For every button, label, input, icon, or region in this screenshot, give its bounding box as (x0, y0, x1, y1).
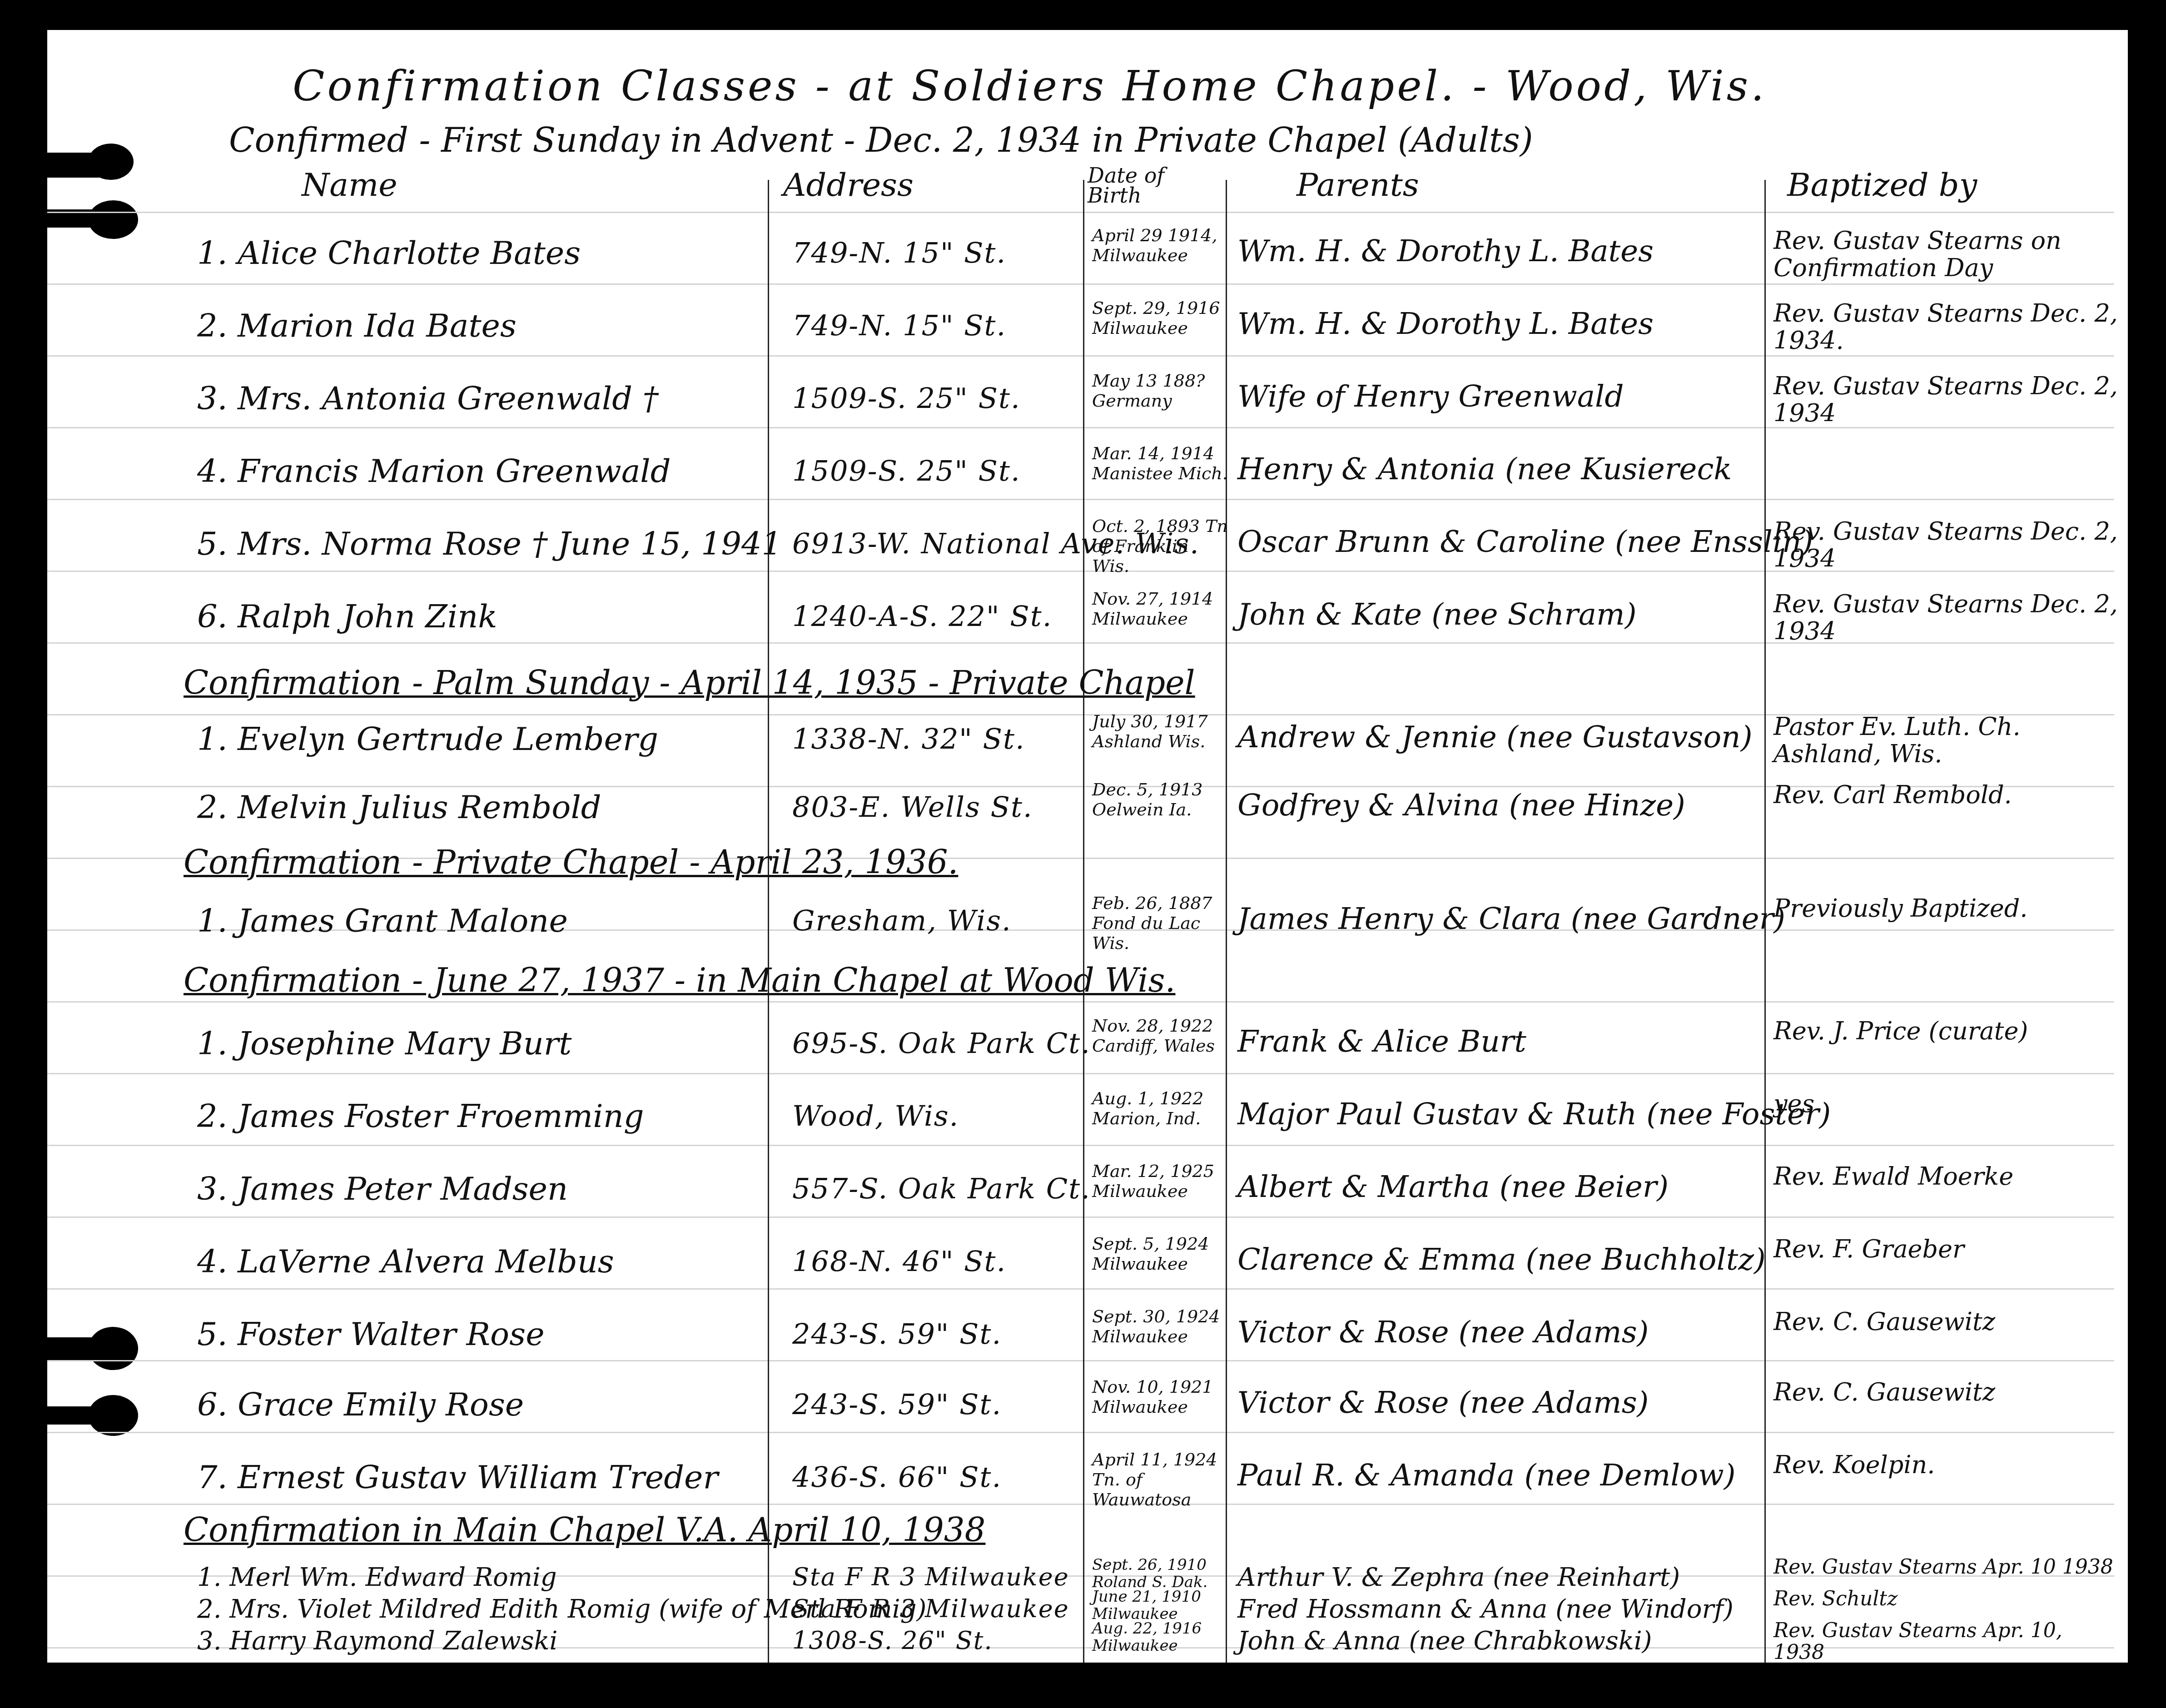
entry-baptized-by: Rev. C. Gausewitz (1774, 1308, 2119, 1336)
column-header-parents: Parents (1297, 166, 1419, 204)
entry-date-of-birth: Aug. 22, 1916 Milwaukee (1092, 1620, 1228, 1654)
column-header-date-of-birth: Date of Birth (1088, 165, 1201, 205)
column-header-name: Name (302, 166, 397, 204)
entry-number: 4. (197, 452, 238, 490)
entry-number: 7. (197, 1459, 238, 1496)
entry-name: 6. Ralph John Zink (197, 598, 497, 635)
entry-address: 557-S. Oak Park Ct. (792, 1172, 1091, 1205)
register-row: 3. Mrs. Antonia Greenwald †1509-S. 25" S… (47, 366, 2128, 434)
entry-parents: Oscar Brunn & Caroline (nee Ensslin) (1237, 524, 1813, 559)
entry-number: 4. (197, 1243, 238, 1280)
entry-name-text: Josephine Mary Burt (238, 1025, 571, 1062)
entry-date-of-birth: Nov. 28, 1922 Cardiff, Wales (1092, 1016, 1228, 1056)
entry-date-of-birth: Mar. 14, 1914 Manistee Mich. (1092, 443, 1228, 483)
entry-address: 695-S. Oak Park Ct. (792, 1027, 1091, 1060)
entry-baptized-by: Rev. Ewald Moerke (1774, 1163, 2119, 1190)
entry-baptized-by: Rev. Gustav Stearns Dec. 2, 1934 (1774, 518, 2119, 572)
entry-name-text: Melvin Julius Rembold (238, 789, 601, 826)
entry-baptized-by: Pastor Ev. Luth. Ch. Ashland, Wis. (1774, 713, 2119, 768)
entry-name: 5. Mrs. Norma Rose † June 15, 1941 (197, 525, 782, 562)
entry-address: 1338-N. 32" St. (792, 722, 1025, 755)
entry-name-text: LaVerne Alvera Melbus (238, 1243, 614, 1280)
entry-parents: Major Paul Gustav & Ruth (nee Foster) (1237, 1097, 1831, 1132)
section-heading-text: Confirmation - Private Chapel - April 23… (184, 843, 958, 881)
entry-date-of-birth: April 29 1914, Milwaukee (1092, 225, 1228, 265)
entry-baptized-by: Rev. Gustav Stearns Dec. 2, 1934 (1774, 591, 2119, 645)
entry-address: 749-N. 15" St. (792, 309, 1006, 342)
entry-date-of-birth: Sept. 5, 1924 Milwaukee (1092, 1234, 1228, 1274)
register-row: 1. Josephine Mary Burt695-S. Oak Park Ct… (47, 1011, 2128, 1079)
entry-parents: Godfrey & Alvina (nee Hinze) (1237, 788, 1685, 823)
entry-number: 3. (197, 1626, 229, 1656)
entry-baptized-by: Rev. Schultz (1774, 1588, 2119, 1610)
entry-date-of-birth: Feb. 26, 1887 Fond du Lac Wis. (1092, 893, 1228, 953)
entry-parents: James Henry & Clara (nee Gardner) (1237, 901, 1785, 936)
binder-hole (88, 144, 134, 180)
entry-baptized-by: Rev. Gustav Stearns Dec. 2, 1934 (1774, 372, 2119, 427)
entry-parents: Henry & Antonia (nee Kusiereck (1237, 452, 1732, 487)
entry-address: 803-E. Wells St. (792, 790, 1033, 824)
entry-number: 1. (197, 720, 238, 758)
entry-name: 5. Foster Walter Rose (197, 1316, 545, 1353)
entry-address: Sta F R 3 Milwaukee (792, 1563, 1069, 1591)
entry-date-of-birth: Sept. 30, 1924 Milwaukee (1092, 1306, 1228, 1346)
entry-date-of-birth: Sept. 26, 1910 Roland S. Dak. (1092, 1556, 1228, 1591)
document-page: Confirmation Classes - at Soldiers Home … (47, 30, 2128, 1663)
entry-name-text: Ralph John Zink (238, 598, 497, 635)
entry-baptized-by: Rev. C. Gausewitz (1774, 1379, 2119, 1406)
entry-number: 2. (197, 307, 238, 344)
entry-baptized-by: Rev. Gustav Stearns on Confirmation Day (1774, 227, 2119, 282)
entry-name: 6. Grace Emily Rose (197, 1386, 524, 1423)
column-header-address: Address (783, 166, 914, 204)
register-row: 5. Mrs. Norma Rose † June 15, 19416913-W… (47, 511, 2128, 580)
entry-parents: Victor & Rose (nee Adams) (1237, 1315, 1649, 1350)
entry-address: 1509-S. 25" St. (792, 382, 1021, 415)
entry-name-text: James Foster Froemming (238, 1097, 644, 1135)
entry-parents: John & Anna (nee Chrabkowski) (1237, 1626, 1652, 1656)
entry-number: 3. (197, 1170, 238, 1207)
entry-parents: Albert & Martha (nee Beier) (1237, 1169, 1669, 1204)
entry-parents: John & Kate (nee Schram) (1237, 597, 1636, 632)
register-row: 1. James Grant MaloneGresham, Wis.Feb. 2… (47, 889, 2128, 957)
entry-address: 243-S. 59" St. (792, 1317, 1002, 1351)
entry-name-text: Evelyn Gertrude Lemberg (238, 720, 658, 758)
entry-name: 3. Mrs. Antonia Greenwald † (197, 380, 658, 417)
entry-baptized-by: Rev. Gustav Stearns Dec. 2, 1934. (1774, 300, 2119, 354)
section-heading-text: Confirmation - Palm Sunday - April 14, 1… (184, 664, 1195, 702)
entry-date-of-birth: July 30, 1917 Ashland Wis. (1092, 711, 1228, 751)
entry-name-text: James Grant Malone (238, 902, 568, 939)
entry-name-text: Foster Walter Rose (238, 1316, 545, 1353)
entry-name-text: Marion Ida Bates (238, 307, 517, 344)
section-heading-text: Confirmation - June 27, 1937 - in Main C… (184, 961, 1175, 999)
register-row: 2. Melvin Julius Rembold803-E. Wells St.… (47, 775, 2128, 843)
entry-date-of-birth: Oct. 2, 1893 Tn of Franklin Wis. (1092, 516, 1228, 576)
entry-number: 1. (197, 902, 238, 939)
entry-name: 2. Melvin Julius Rembold (197, 789, 601, 826)
entry-baptized-by: Rev. Koelpin. (1774, 1451, 2119, 1479)
entry-name-text: Francis Marion Greenwald (238, 452, 671, 490)
entry-number: 3. (197, 380, 238, 417)
entry-parents: Clarence & Emma (nee Buchholtz) (1237, 1242, 1766, 1277)
entry-address: 1509-S. 25" St. (792, 454, 1021, 487)
entry-address: Gresham, Wis. (792, 904, 1012, 937)
section-heading: Confirmation - Palm Sunday - April 14, 1… (184, 664, 1195, 702)
entry-parents: Wm. H. & Dorothy L. Bates (1237, 233, 1654, 268)
entry-address: 1308-S. 26" St. (792, 1626, 993, 1655)
entry-parents: Paul R. & Amanda (nee Demlow) (1237, 1458, 1735, 1493)
register-row: 1. Evelyn Gertrude Lemberg1338-N. 32" St… (47, 707, 2128, 775)
section-heading-text: Confirmation in Main Chapel V.A. April 1… (184, 1511, 985, 1549)
register-row: 2. Marion Ida Bates749-N. 15" St.Sept. 2… (47, 293, 2128, 362)
section-heading: Confirmation - June 27, 1937 - in Main C… (184, 961, 1175, 999)
entry-name-text: Harry Raymond Zalewski (229, 1626, 557, 1656)
entry-name: 4. LaVerne Alvera Melbus (197, 1243, 614, 1280)
register-row: 2. James Foster FroemmingWood, Wis.Aug. … (47, 1084, 2128, 1152)
entry-name-text: Mrs. Antonia Greenwald † (238, 380, 658, 417)
entry-address: 243-S. 59" St. (792, 1388, 1002, 1421)
register-row: 4. LaVerne Alvera Melbus168-N. 46" St.Se… (47, 1229, 2128, 1297)
entry-baptized-by: yes (1774, 1090, 2119, 1117)
entry-name-text: Alice Charlotte Bates (238, 234, 581, 272)
column-header-baptized-by: Baptized by (1787, 166, 1977, 204)
entry-baptized-by: Previously Baptized. (1774, 895, 2119, 922)
register-row: 1. Alice Charlotte Bates749-N. 15" St.Ap… (47, 221, 2128, 289)
register-row: 3. Harry Raymond Zalewski1308-S. 26" St.… (47, 1620, 2128, 1688)
entry-address: 749-N. 15" St. (792, 236, 1006, 269)
entry-name-text: Mrs. Norma Rose † June 15, 1941 (238, 525, 782, 562)
entry-baptized-by: Rev. Gustav Stearns Apr. 10, 1938 (1774, 1620, 2119, 1663)
entry-number: 6. (197, 1386, 238, 1423)
entry-parents: Wm. H. & Dorothy L. Bates (1237, 306, 1654, 341)
ruled-line (47, 212, 2114, 213)
section-heading: Confirmation - Private Chapel - April 23… (184, 843, 958, 881)
register-row: 5. Foster Walter Rose243-S. 59" St.Sept.… (47, 1302, 2128, 1370)
entry-parents: Frank & Alice Burt (1237, 1024, 1526, 1059)
document-subtitle: Confirmed - First Sunday in Advent - Dec… (229, 121, 1533, 160)
section-heading: Confirmation in Main Chapel V.A. April 1… (184, 1511, 985, 1549)
entry-date-of-birth: Nov. 10, 1921 Milwaukee (1092, 1377, 1228, 1417)
entry-date-of-birth: May 13 188? Germany (1092, 371, 1228, 411)
entry-date-of-birth: April 11, 1924 Tn. of Wauwatosa (1092, 1450, 1228, 1509)
entry-number: 2. (197, 1097, 238, 1135)
entry-name: 1. Evelyn Gertrude Lemberg (197, 720, 658, 758)
entry-name: 1. Josephine Mary Burt (197, 1025, 571, 1062)
entry-parents: Wife of Henry Greenwald (1237, 379, 1624, 414)
entry-address: Wood, Wis. (792, 1099, 959, 1132)
register-row: 6. Ralph John Zink1240-A-S. 22" St.Nov. … (47, 584, 2128, 652)
entry-name-text: Grace Emily Rose (238, 1386, 524, 1423)
entry-number: 5. (197, 525, 238, 562)
entry-name: 3. James Peter Madsen (197, 1170, 568, 1207)
entry-date-of-birth: Aug. 1, 1922 Marion, Ind. (1092, 1088, 1228, 1128)
entry-date-of-birth: Dec. 5, 1913 Oelwein Ia. (1092, 780, 1228, 819)
entry-baptized-by: Rev. F. Graeber (1774, 1236, 2119, 1263)
register-row: 7. Ernest Gustav William Treder436-S. 66… (47, 1445, 2128, 1513)
register-row: 4. Francis Marion Greenwald1509-S. 25" S… (47, 439, 2128, 507)
entry-address: 436-S. 66" St. (792, 1460, 1002, 1494)
entry-baptized-by: Rev. J. Price (curate) (1774, 1018, 2119, 1045)
entry-date-of-birth: June 21, 1910 Milwaukee (1092, 1588, 1228, 1623)
entry-name: 2. James Foster Froemming (197, 1097, 644, 1135)
document-title: Confirmation Classes - at Soldiers Home … (293, 62, 1767, 110)
entry-parents: Andrew & Jennie (nee Gustavson) (1237, 720, 1752, 755)
entry-address: 1240-A-S. 22" St. (792, 600, 1052, 633)
register-row: 3. James Peter Madsen557-S. Oak Park Ct.… (47, 1157, 2128, 1225)
entry-name: 3. Harry Raymond Zalewski (197, 1626, 557, 1656)
entry-name: 7. Ernest Gustav William Treder (197, 1459, 718, 1496)
entry-name: 1. James Grant Malone (197, 902, 568, 939)
entry-name: 2. Marion Ida Bates (197, 307, 517, 344)
entry-name-text: Ernest Gustav William Treder (238, 1459, 718, 1496)
entry-number: 2. (197, 789, 238, 826)
entry-baptized-by: Rev. Gustav Stearns Apr. 10 1938 (1774, 1556, 2119, 1578)
entry-parents: Victor & Rose (nee Adams) (1237, 1385, 1649, 1420)
entry-date-of-birth: Sept. 29, 1916 Milwaukee (1092, 298, 1228, 338)
entry-name-text: James Peter Madsen (238, 1170, 568, 1207)
entry-number: 6. (197, 598, 238, 635)
entry-address: 168-N. 46" St. (792, 1245, 1006, 1278)
entry-date-of-birth: Nov. 27, 1914 Milwaukee (1092, 589, 1228, 629)
entry-baptized-by: Rev. Carl Rembold. (1774, 781, 2119, 809)
entry-number: 1. (197, 234, 238, 272)
entry-number: 5. (197, 1316, 238, 1353)
entry-number: 1. (197, 1025, 238, 1062)
ruled-line (47, 1001, 2114, 1003)
entry-date-of-birth: Mar. 12, 1925 Milwaukee (1092, 1161, 1228, 1201)
register-row: 6. Grace Emily Rose243-S. 59" St.Nov. 10… (47, 1372, 2128, 1440)
entry-name: 1. Alice Charlotte Bates (197, 234, 581, 272)
entry-address: Sta F R 3 Milwaukee (792, 1594, 1069, 1623)
entry-name: 4. Francis Marion Greenwald (197, 452, 671, 490)
